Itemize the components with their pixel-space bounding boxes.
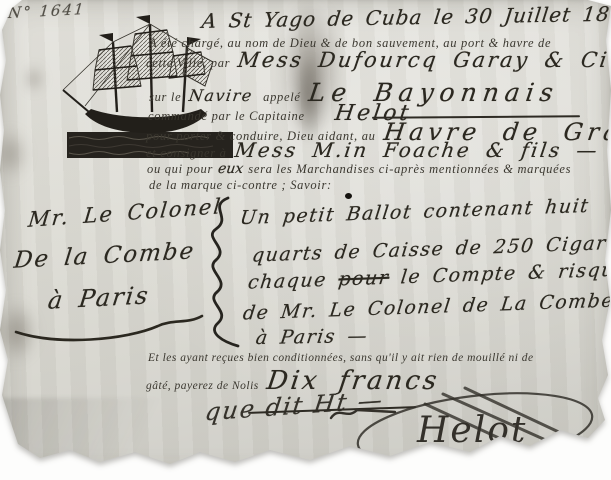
signature-text: Helot — [416, 410, 527, 451]
addressee-title: Mr. Le Colonel — [27, 194, 223, 232]
paper-shadow: N° 1641 — [0, 0, 611, 480]
desc-chaque: chaque — [247, 269, 329, 294]
shipper-name-handwritten: Mess Dufourcq Garay & Cie — [237, 48, 611, 72]
printed-nolis-label: gâté, payerez de Nolis — [146, 380, 259, 392]
printed-sera-les: sera les Marchandises ci-après mentionné… — [248, 162, 571, 177]
scanned-bill-of-lading: N° 1641 — [0, 0, 611, 480]
stain — [18, 58, 50, 100]
desc-compte-risque: le Compte & risque — [400, 258, 611, 288]
consignee-handwritten: Mess M.in Foache & fils — — [233, 138, 601, 162]
handwritten-curly-brace — [198, 196, 240, 354]
printed-consigner-label: et consigner à — [146, 146, 227, 161]
struck-word: pour — [337, 267, 391, 291]
addressee-city: à Paris — [46, 281, 151, 315]
ink-blot — [345, 193, 352, 199]
paper-sheet: N° 1641 — [0, 0, 611, 480]
printed-condition-line: Et les ayant reçues bien conditionnées, … — [148, 352, 534, 364]
printed-ville-label: cette Ville, par — [146, 56, 230, 71]
eux-handwritten: eux — [217, 161, 244, 177]
printed-ou-qui-pour: ou qui pour — [147, 162, 213, 177]
underline-flourish — [8, 312, 208, 348]
cargo-description-line: de Mr. Le Colonel de La Combe — [242, 289, 611, 324]
cargo-description-line: à Paris — — [254, 325, 369, 349]
consignee-line: et consigner à Mess M.in Foache & fils — — [146, 138, 599, 162]
fold-crease — [0, 398, 235, 478]
printed-marque-line: de la marque ci-contre ; Savoir: — [149, 178, 332, 193]
place-date-line: A St Yago de Cuba le 30 Juillet 1829. — [201, 1, 611, 33]
merchandise-line: ou qui pour eux sera les Marchandises ci… — [147, 161, 571, 177]
cargo-description-line: Un petit Ballot contenant huit — [239, 195, 591, 229]
captain-signature: Helot — [325, 378, 603, 478]
shipper-line: cette Ville, par Mess Dufourcq Garay & C… — [146, 48, 611, 72]
addressee-name: De la Combe — [13, 238, 197, 274]
stain — [0, 118, 36, 190]
